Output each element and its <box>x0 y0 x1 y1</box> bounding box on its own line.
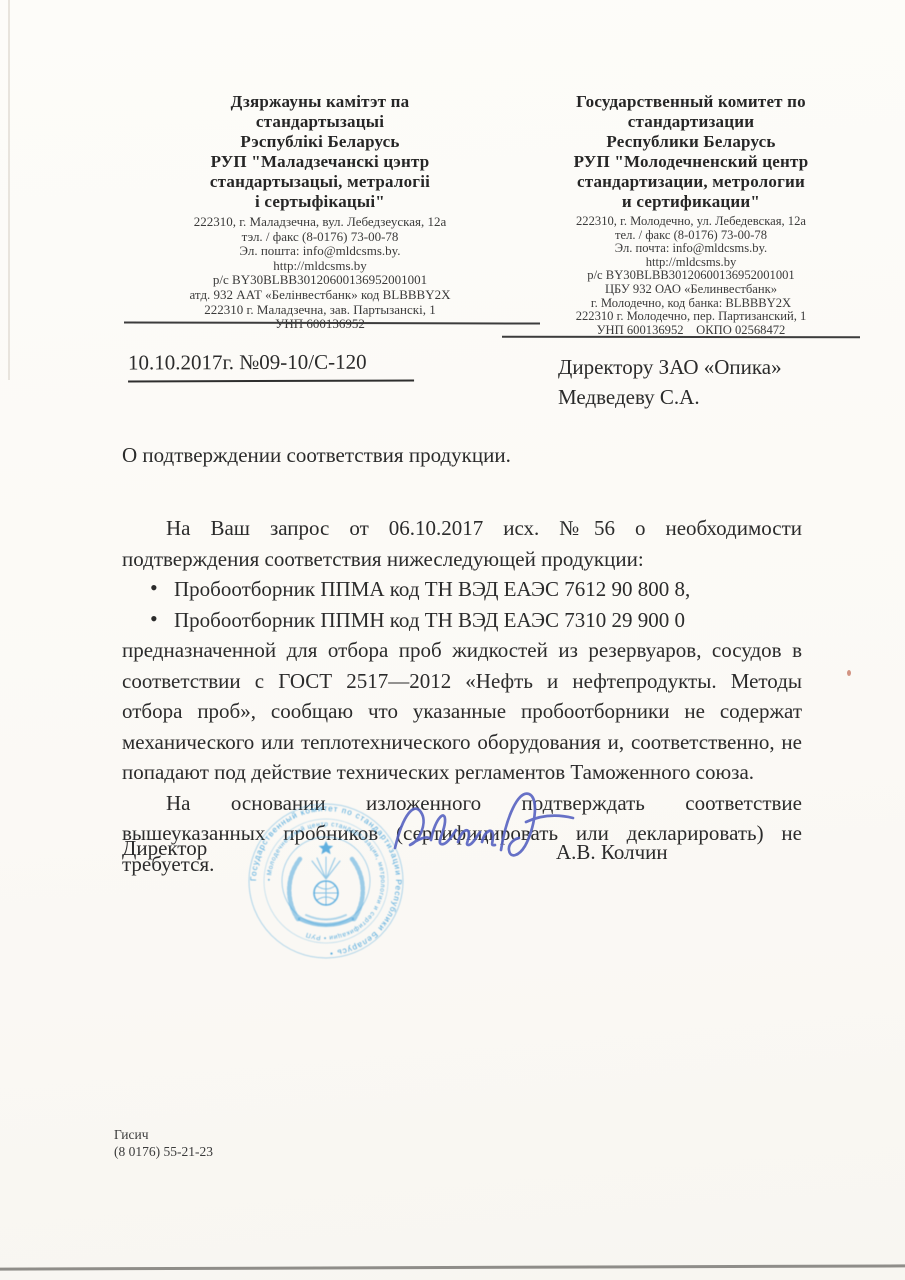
org-line: стандартизации, метрологии <box>500 172 882 192</box>
recipient-block: Директору ЗАО «Опика» Медведеву С.А. <box>558 352 782 412</box>
subject-line: О подтверждении соответствия продукции. <box>122 443 511 468</box>
org-line: Дзяржауны камітэт па <box>116 92 524 112</box>
recipient-line: Медведеву С.А. <box>558 382 782 412</box>
list-item-text: Пробоотборник ППМА код ТН ВЭД ЕАЭС 7612 … <box>174 577 690 601</box>
stamp-coat-of-arms <box>289 841 363 925</box>
body-paragraph-2: предназначенной для отбора проб жидкосте… <box>122 635 802 788</box>
scan-edge-artifact-left <box>8 0 10 380</box>
address-line: р/с BY30BLBB30120600136952001001 <box>116 273 524 288</box>
letterhead-divider-right <box>502 336 860 339</box>
address-line: 222310, г. Маладзечна, вул. Лебедзеуская… <box>116 215 524 230</box>
org-name-left: Дзяржауны камітэт па стандартызацыі Рэсп… <box>116 92 524 212</box>
address-line: ЦБУ 932 ОАО «Белинвестбанк» <box>500 283 882 297</box>
org-address-left: 222310, г. Маладзечна, вул. Лебедзеуская… <box>116 215 524 332</box>
ink-speck-artifact <box>847 670 851 676</box>
reference-date-number: 10.10.2017г. №09-10/С-120 <box>128 350 414 383</box>
address-line: http://mldcsms.by <box>500 256 882 270</box>
org-address-right: 222310, г. Молодечно, ул. Лебедевская, 1… <box>500 215 882 337</box>
address-line: 222310 г. Маладзечна, зав. Партызанскі, … <box>116 303 524 318</box>
executor-phone: (8 0176) 55-21-23 <box>114 1143 213 1160</box>
address-line: Эл. пошта: info@mldcsms.by. <box>116 244 524 259</box>
org-line: РУП "Молодечненский центр <box>500 152 882 172</box>
org-line: Государственный комитет по <box>500 92 882 112</box>
list-item-text: Пробоотборник ППМН код ТН ВЭД ЕАЭС 7310 … <box>174 608 685 632</box>
org-name-right: Государственный комитет по стандартизаци… <box>500 92 882 212</box>
org-line: стандартызацыі <box>116 112 524 132</box>
address-line: атд. 932 ААТ «Белінвестбанк» код BLBBBY2… <box>116 288 524 303</box>
signatory-title: Директор <box>122 836 207 861</box>
bullet-icon: • <box>150 604 158 635</box>
scan-edge-artifact-bottom <box>0 1264 905 1270</box>
body-paragraph-1: На Ваш запрос от 06.10.2017 исх. №56 о н… <box>122 513 802 574</box>
address-line: УНП 600136952 <box>116 317 524 332</box>
org-line: и сертификации" <box>500 192 882 212</box>
list-item: • Пробоотборник ППМН код ТН ВЭД ЕАЭС 731… <box>122 605 802 636</box>
address-line: 222310, г. Молодечно, ул. Лебедевская, 1… <box>500 215 882 229</box>
recipient-line: Директору ЗАО «Опика» <box>558 352 782 382</box>
org-line: Республики Беларусь <box>500 132 882 152</box>
scanned-letter-page: Дзяржауны камітэт па стандартызацыі Рэсп… <box>0 0 905 1280</box>
list-item: • Пробоотборник ППМА код ТН ВЭД ЕАЭС 761… <box>122 574 802 605</box>
address-line: Эл. почта: info@mldcsms.by. <box>500 242 882 256</box>
product-list: • Пробоотборник ППМА код ТН ВЭД ЕАЭС 761… <box>122 574 802 635</box>
address-line: 222310 г. Молодечно, пер. Партизанский, … <box>500 310 882 324</box>
executor-name: Гисич <box>114 1126 213 1143</box>
address-line: р/с BY30BLBB30120600136952001001 <box>500 269 882 283</box>
letterhead-right: Государственный комитет по стандартизаци… <box>500 92 882 337</box>
org-line: стандартызацыі, метралогіі <box>116 172 524 192</box>
address-line: г. Молодечно, код банка: BLBBBY2X <box>500 297 882 311</box>
address-line: http://mldcsms.by <box>116 259 524 274</box>
address-line: тэл. / факс (8-0176) 73-00-78 <box>116 230 524 245</box>
org-line: і сертыфікацыі" <box>116 192 524 212</box>
bullet-icon: • <box>150 573 158 604</box>
org-line: стандартизации <box>500 112 882 132</box>
org-line: РУП "Маладзечанскі цэнтр <box>116 152 524 172</box>
address-line: тел. / факс (8-0176) 73-00-78 <box>500 229 882 243</box>
letterhead-left: Дзяржауны камітэт па стандартызацыі Рэсп… <box>116 92 524 332</box>
handwritten-signature <box>383 784 583 884</box>
executor-block: Гисич (8 0176) 55-21-23 <box>114 1126 213 1160</box>
org-line: Рэспублікі Беларусь <box>116 132 524 152</box>
stamp-star-icon <box>319 841 333 854</box>
